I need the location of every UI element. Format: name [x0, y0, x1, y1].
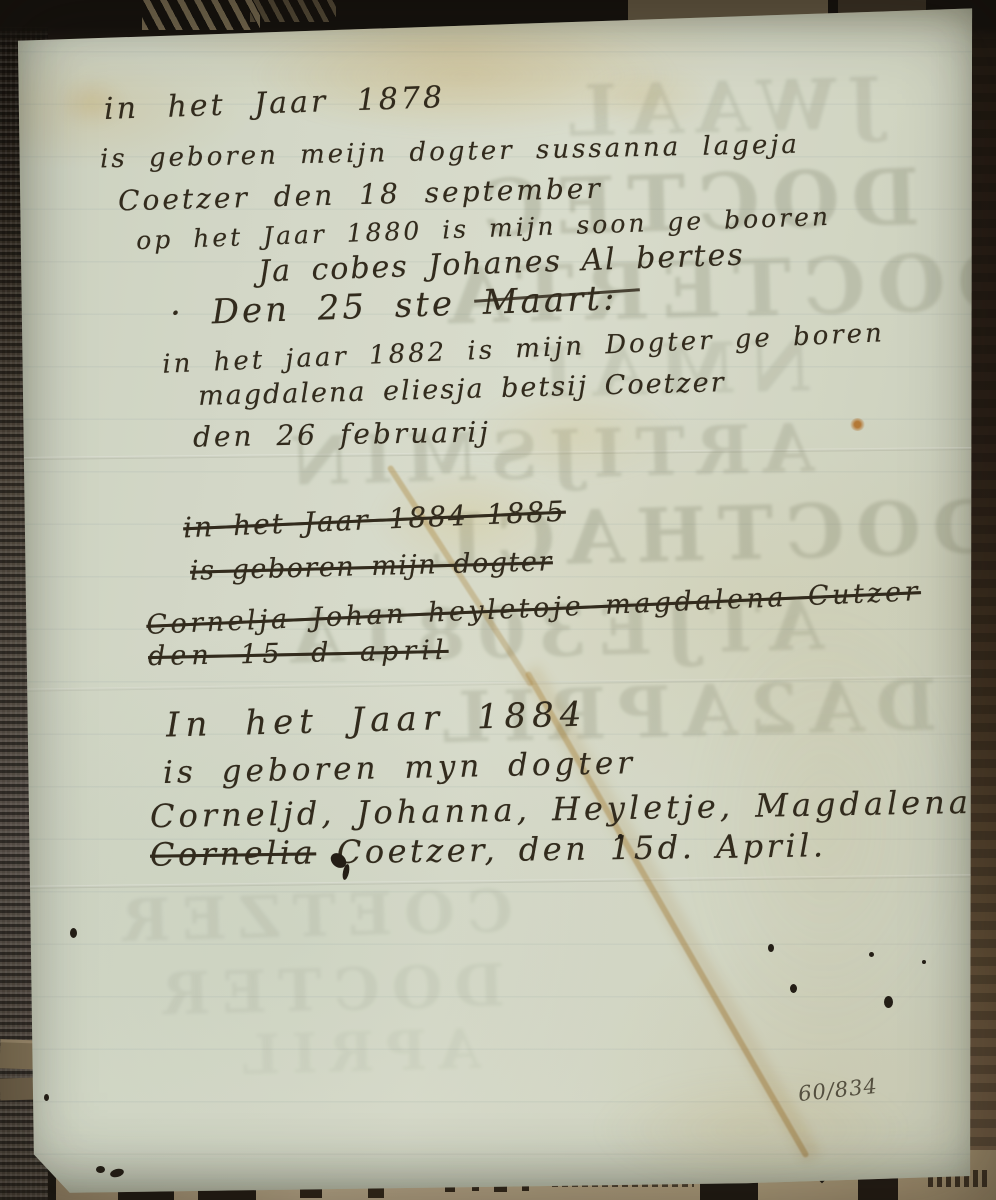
ink-blot — [768, 944, 774, 952]
ink-blot — [618, 834, 623, 839]
ink-blot — [790, 984, 797, 993]
ink-blot — [869, 952, 874, 957]
bleedthrough-text: COETZER — [109, 877, 513, 956]
handwriting-line-struck: den 15 d april — [148, 635, 449, 672]
photo-background: JWAAL DOCTEC DOCTERTA NMAT ARTIJSMIN DOC… — [0, 0, 996, 1200]
ink-blot — [922, 960, 926, 964]
backdrop-streak — [142, 0, 260, 30]
struck-word: Cornelia — [150, 833, 317, 873]
ink-blot — [70, 928, 77, 938]
ink-blot — [96, 1166, 105, 1173]
stain — [584, 66, 714, 130]
bleedthrough-text: APRIL — [229, 1017, 481, 1088]
handwriting-line: den 26 februarij — [193, 415, 491, 453]
backdrop-streak — [250, 0, 336, 22]
ink-blot — [884, 996, 893, 1008]
stain-spot — [850, 418, 865, 431]
document-page: JWAAL DOCTEC DOCTERTA NMAT ARTIJSMIN DOC… — [0, 0, 996, 1200]
line-rest: Coetzer, den 15d. April. — [316, 826, 827, 871]
ink-blot — [44, 1094, 49, 1101]
wood-slat — [0, 1078, 38, 1101]
